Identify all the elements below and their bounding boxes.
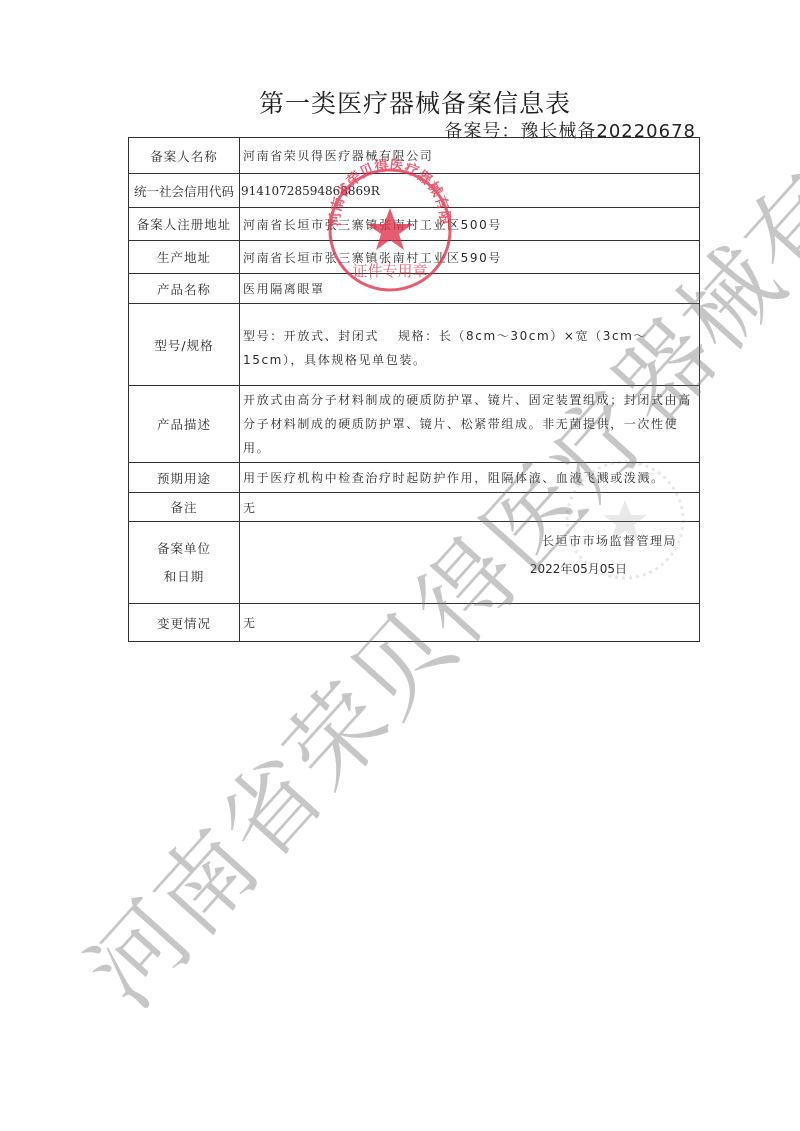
label-registered-address: 备案人注册地址	[129, 208, 240, 241]
label-production-address: 生产地址	[129, 241, 240, 274]
document-title: 第一类医疗器械备案信息表	[0, 84, 800, 120]
value-changes: 无	[240, 604, 700, 642]
value-remarks: 无	[240, 493, 700, 522]
label-filing-unit-line1: 备案单位	[132, 535, 236, 563]
table-row: 预期用途 用于医疗机构中检查治疗时起防护作用，阻隔体液、血液飞溅或泼溅。	[129, 463, 700, 493]
table-row: 产品名称 医用隔离眼罩	[129, 274, 700, 304]
filing-organization: 长垣市市场监督管理局	[542, 532, 677, 549]
value-intended-use: 用于医疗机构中检查治疗时起防护作用，阻隔体液、血液飞溅或泼溅。	[240, 463, 700, 493]
document-page: 第一类医疗器械备案信息表 备案号：豫长械备20220678 备案人名称 河南省荣…	[0, 0, 800, 1131]
filing-date: 2022年05月05日	[530, 560, 627, 577]
table-row: 备案单位 和日期 长垣市市场监督管理局 2022年05月05日	[129, 522, 700, 604]
label-model-spec: 型号/规格	[129, 304, 240, 386]
table-row: 备案人注册地址 河南省长垣市张三寨镇张南村工业区500号	[129, 208, 700, 241]
table-row: 备注 无	[129, 493, 700, 522]
label-filer-name: 备案人名称	[129, 138, 240, 174]
label-product-description: 产品描述	[129, 386, 240, 463]
label-filing-unit-date: 备案单位 和日期	[129, 522, 240, 604]
value-model-spec: 型号：开放式、封闭式 规格：长（8cm～30cm）×宽（3cm～15cm），具体…	[240, 304, 700, 386]
table-row: 备案人名称 河南省荣贝得医疗器械有限公司	[129, 138, 700, 174]
table-row: 产品描述 开放式由高分子材料制成的硬质防护罩、镜片、固定装置组成；封闭式由高分子…	[129, 386, 700, 463]
label-remarks: 备注	[129, 493, 240, 522]
table-row: 生产地址 河南省长垣市张三寨镇张南村工业区590号	[129, 241, 700, 274]
table-row: 统一社会信用代码 91410728594868869R	[129, 174, 700, 208]
value-product-name: 医用隔离眼罩	[240, 274, 700, 304]
label-changes: 变更情况	[129, 604, 240, 642]
value-product-description: 开放式由高分子材料制成的硬质防护罩、镜片、固定装置组成；封闭式由高分子材料制成的…	[240, 386, 700, 463]
label-intended-use: 预期用途	[129, 463, 240, 493]
label-filing-unit-line2: 和日期	[132, 563, 236, 591]
label-credit-code: 统一社会信用代码	[129, 174, 240, 208]
value-registered-address: 河南省长垣市张三寨镇张南村工业区500号	[240, 208, 700, 241]
record-info-table: 备案人名称 河南省荣贝得医疗器械有限公司 统一社会信用代码 9141072859…	[128, 137, 700, 642]
value-production-address: 河南省长垣市张三寨镇张南村工业区590号	[240, 241, 700, 274]
value-credit-code: 91410728594868869R	[240, 174, 700, 208]
table-row: 变更情况 无	[129, 604, 700, 642]
table-row: 型号/规格 型号：开放式、封闭式 规格：长（8cm～30cm）×宽（3cm～15…	[129, 304, 700, 386]
label-product-name: 产品名称	[129, 274, 240, 304]
value-filing-unit-date: 长垣市市场监督管理局 2022年05月05日	[240, 522, 700, 604]
value-filer-name: 河南省荣贝得医疗器械有限公司	[240, 138, 700, 174]
